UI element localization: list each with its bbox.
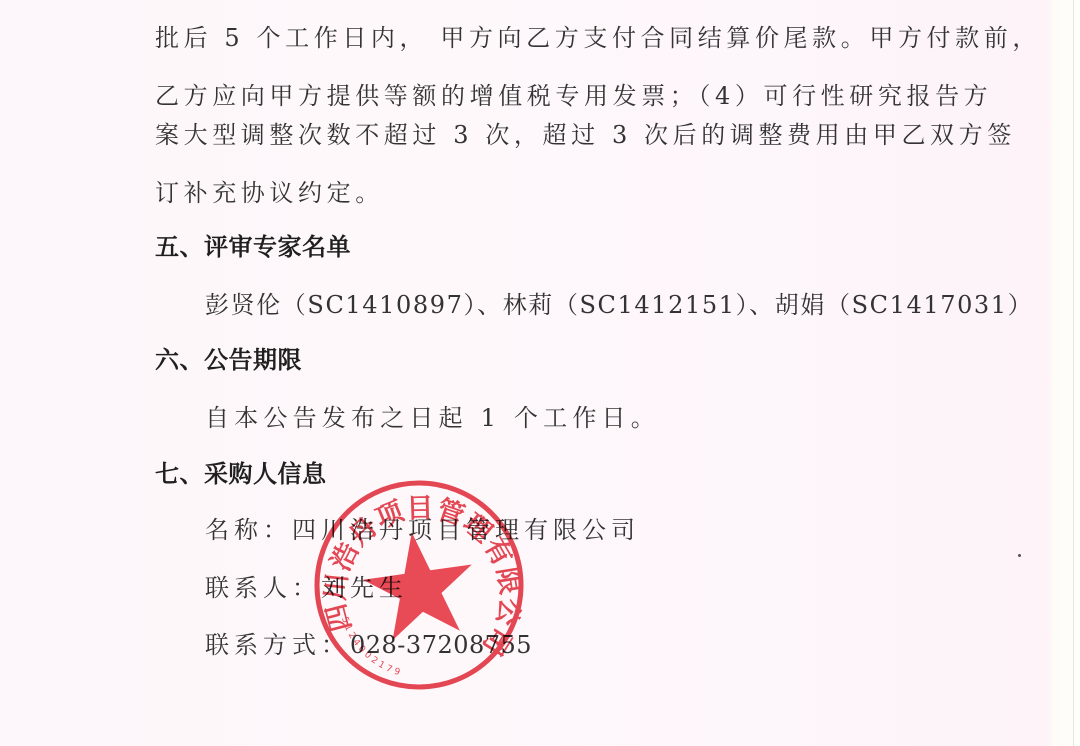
section-heading-purchaser: 七、采购人信息 bbox=[155, 459, 327, 489]
announcement-period: 自本公告发布之日起 1 个工作日。 bbox=[205, 403, 660, 433]
purchaser-phone-value: 028-37208755 bbox=[350, 631, 532, 659]
section-heading-period: 六、公告期限 bbox=[155, 345, 302, 375]
purchaser-phone-label: 联系方式： bbox=[205, 631, 350, 659]
paragraph-line-4: 订补充协议约定。 bbox=[155, 178, 384, 208]
purchaser-contact-value: 刘先生 bbox=[321, 574, 408, 602]
page-edge bbox=[1073, 0, 1074, 746]
paragraph-line-3: 案大型调整次数不超过 3 次，超过 3 次后的调整费用由甲乙双方签 bbox=[155, 120, 1016, 150]
expert-list: 彭贤伦（SC1410897）、林莉（SC1412151）、胡娟（SC141703… bbox=[205, 290, 1033, 320]
section-heading-experts: 五、评审专家名单 bbox=[155, 232, 351, 262]
paragraph-line-1: 批后 5 个工作日内， 甲方向乙方支付合同结算价尾款。甲方付款前， bbox=[155, 23, 1041, 53]
document-page: 批后 5 个工作日内， 甲方向乙方支付合同结算价尾款。甲方付款前， 乙方应向甲方… bbox=[0, 0, 1080, 746]
paragraph-line-2: 乙方应向甲方提供等额的增值税专用发票；（4）可行性研究报告方 bbox=[155, 81, 992, 111]
scan-speck bbox=[1018, 554, 1021, 557]
purchaser-phone-field: 联系方式：028-37208755 bbox=[205, 630, 532, 660]
purchaser-name-value: 四川浩丹项目管理有限公司 bbox=[292, 516, 640, 544]
purchaser-name-field: 名称：四川浩丹项目管理有限公司 bbox=[205, 515, 640, 545]
purchaser-contact-field: 联系人：刘先生 bbox=[205, 573, 408, 603]
purchaser-name-label: 名称： bbox=[205, 516, 292, 544]
purchaser-contact-label: 联系人： bbox=[205, 574, 321, 602]
